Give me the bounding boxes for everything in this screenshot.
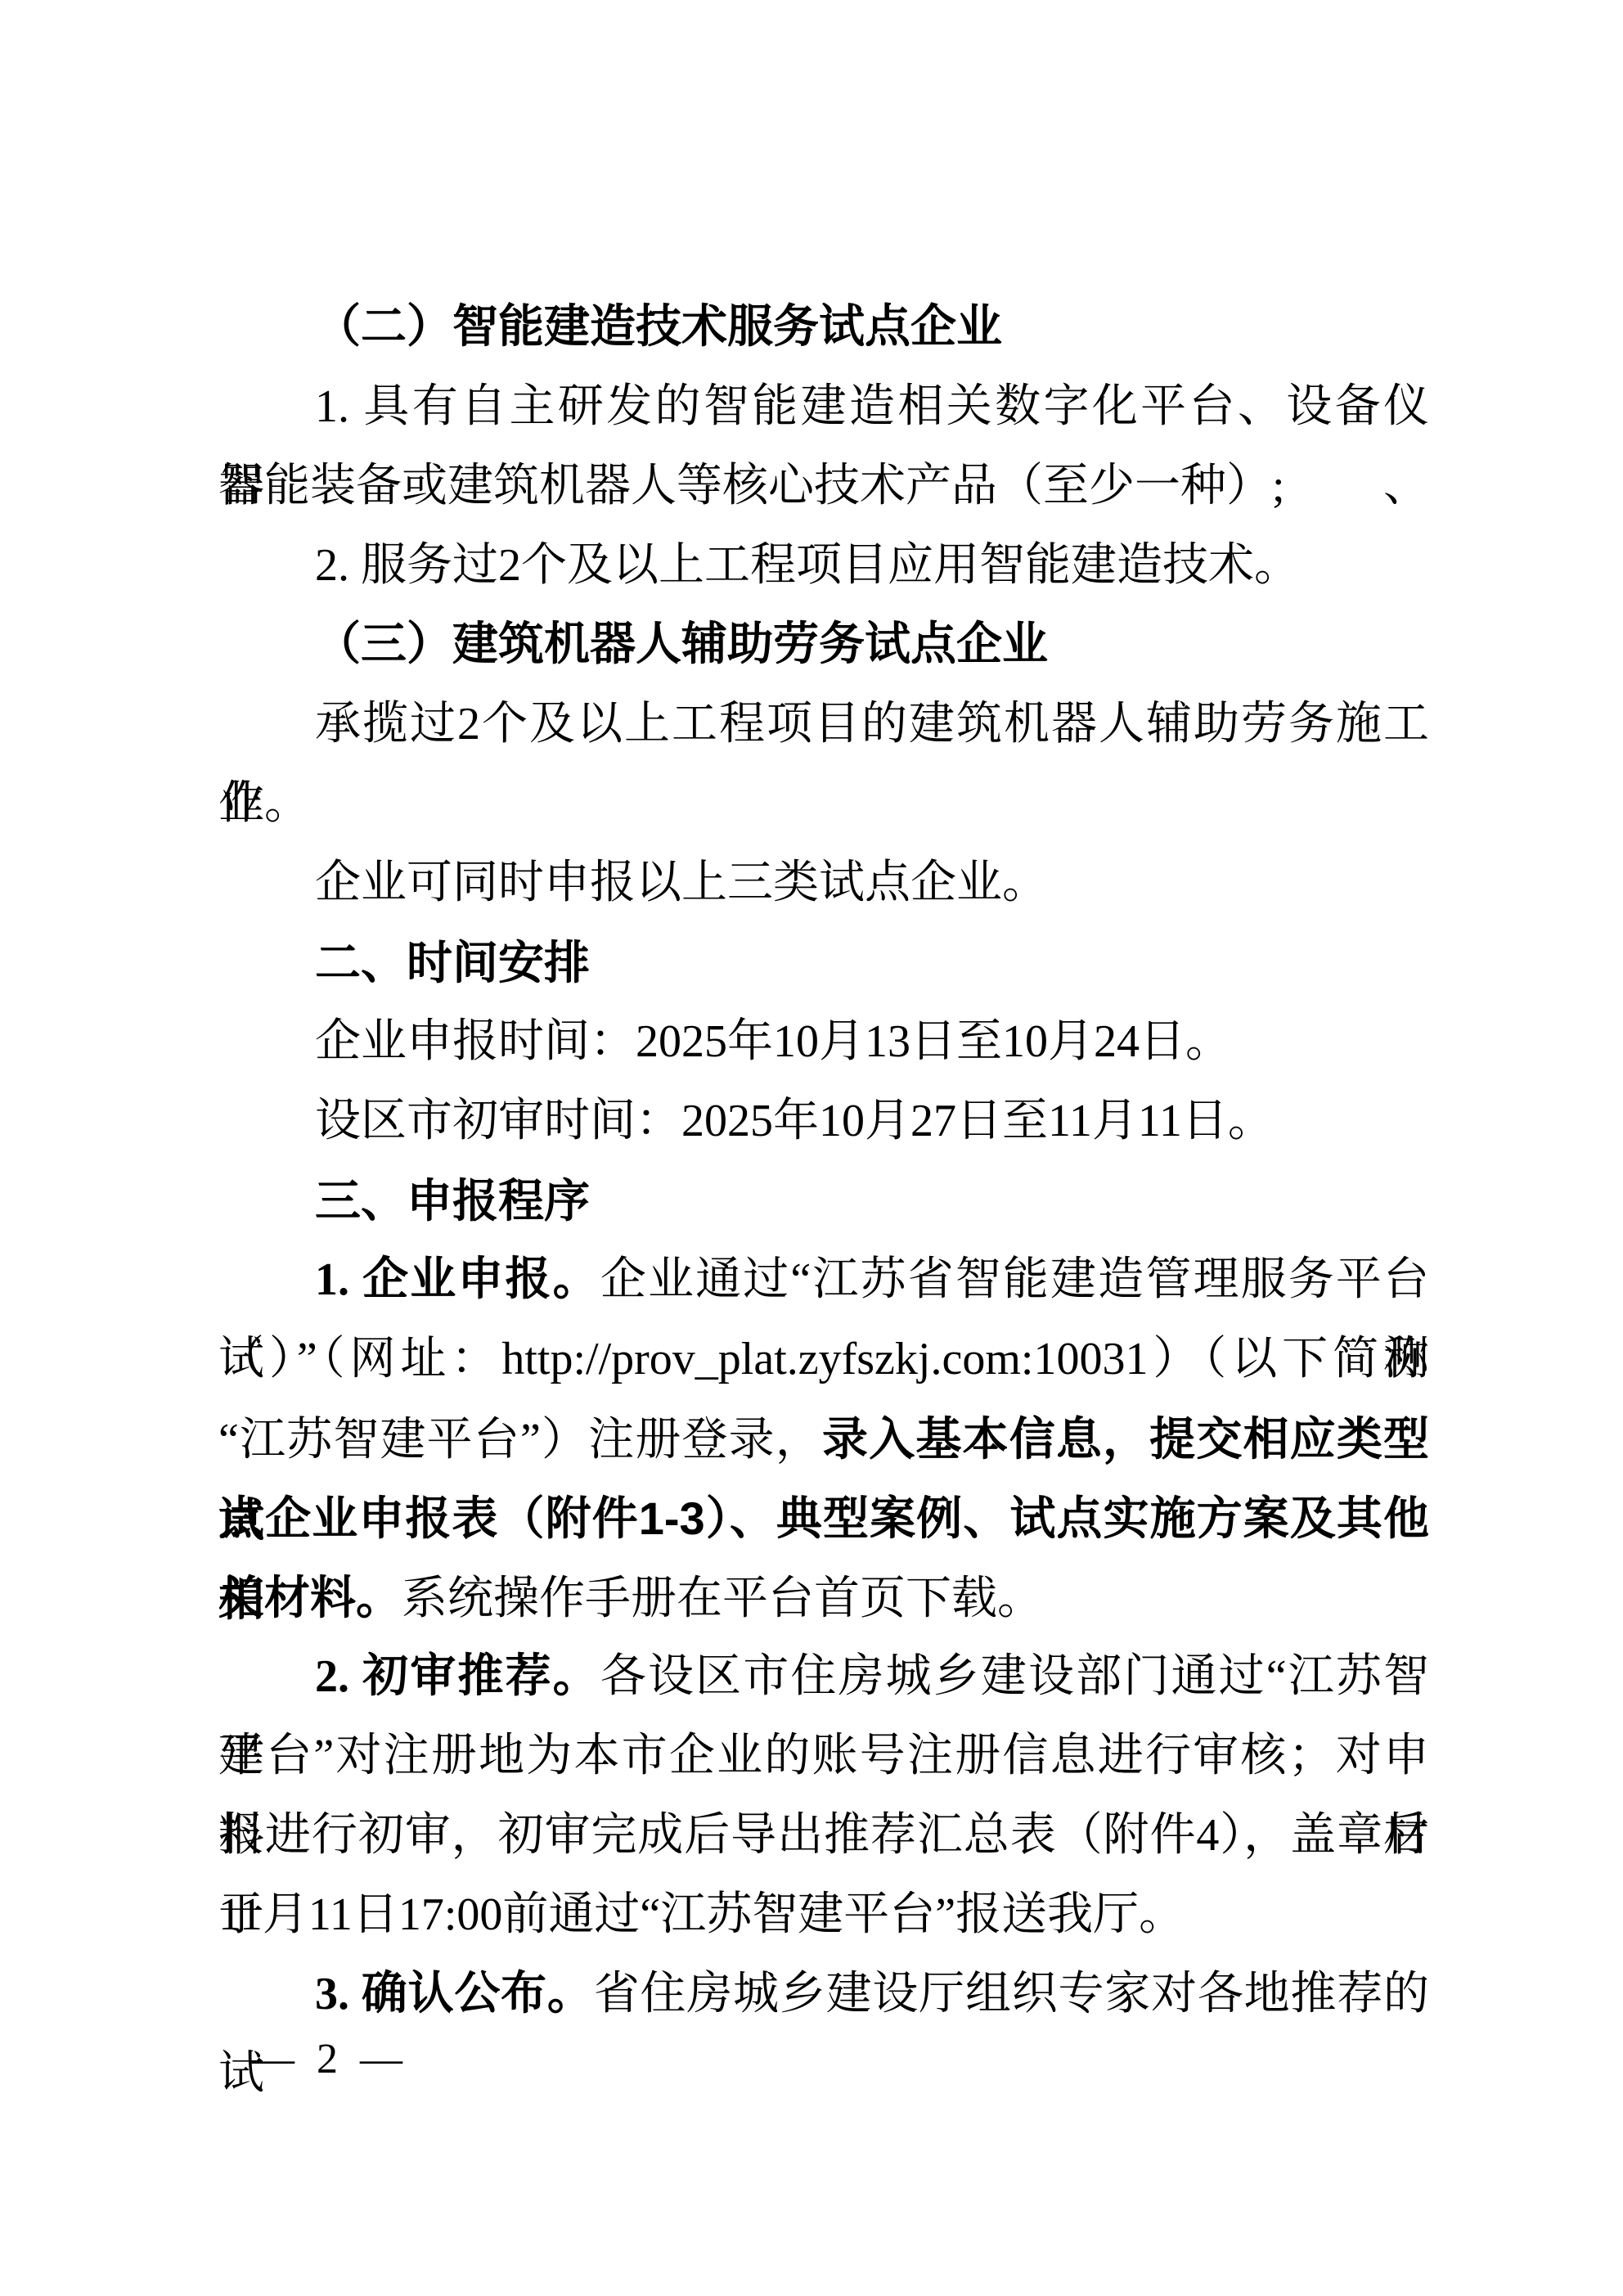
text-run: 3. 确认公布。 bbox=[315, 1969, 594, 2019]
text-line: 智能装备或建筑机器人等核心技术产品（至少一种）; bbox=[218, 447, 1429, 526]
text-line: 三、申报程序 bbox=[218, 1161, 1429, 1240]
text-run: 设区市初审时间：2025年10月27日至11月11日。 bbox=[315, 1096, 1274, 1146]
text-line: 平台”对注册地为本市企业的账号注册信息进行审核；对申报材 bbox=[218, 1717, 1429, 1796]
text-run: 企业可同时申报以上三类试点企业。 bbox=[315, 858, 1048, 908]
text-line: （二）智能建造技术服务试点企业 bbox=[218, 288, 1429, 367]
text-run: 2. 初审推荐。 bbox=[315, 1651, 600, 1702]
text-line: 关材料。系统操作手册在平台首页下载。 bbox=[218, 1558, 1429, 1637]
text-run: “江苏智建平台”）注册登录， bbox=[218, 1415, 822, 1465]
text-run: 智能装备或建筑机器人等核心技术产品（至少一种）; bbox=[218, 461, 1285, 511]
text-run: 关材料。 bbox=[218, 1572, 402, 1623]
text-line: 设区市初审时间：2025年10月27日至11月11日。 bbox=[218, 1082, 1429, 1161]
text-line: （三）建筑机器人辅助劳务试点企业 bbox=[218, 606, 1429, 685]
page-number: — 2 — bbox=[252, 2019, 402, 2099]
text-run: （二）智能建造技术服务试点企业 bbox=[315, 302, 1002, 353]
text-run: 业。 bbox=[218, 778, 310, 829]
text-line: “江苏智建平台”）注册登录，录入基本信息，提交相应类型试 bbox=[218, 1399, 1429, 1479]
text-line: 料进行初审，初审完成后导出推荐汇总表（附件4），盖章后于 bbox=[218, 1796, 1429, 1875]
text-run: （三）建筑机器人辅助劳务试点企业 bbox=[315, 619, 1048, 670]
text-line: 企业可同时申报以上三类试点企业。 bbox=[218, 844, 1429, 923]
text-line: 1. 具有自主研发的智能建造相关数字化平台、设备仪器、 bbox=[218, 367, 1429, 447]
text-line: 1. 企业申报。企业通过“江苏省智能建造管理服务平台（测 bbox=[218, 1240, 1429, 1320]
text-line: 2. 服务过2个及以上工程项目应用智能建造技术。 bbox=[218, 526, 1429, 606]
text-run: 二、时间安排 bbox=[315, 937, 590, 988]
text-line: 承揽过2个及以上工程项目的建筑机器人辅助劳务施工作 bbox=[218, 685, 1429, 764]
text-line: 2. 初审推荐。各设区市住房城乡建设部门通过“江苏智建 bbox=[218, 1637, 1429, 1717]
text-run: 2. 服务过2个及以上工程项目应用智能建造技术。 bbox=[315, 540, 1300, 591]
document-page: （二）智能建造技术服务试点企业1. 具有自主研发的智能建造相关数字化平台、设备仪… bbox=[0, 0, 1623, 2296]
text-run: 11月11日17:00前通过“江苏智建平台”报送我厅。 bbox=[218, 1889, 1185, 1940]
text-run: 企业申报时间：2025年10月13日至10月24日。 bbox=[315, 1016, 1231, 1067]
document-body: （二）智能建造技术服务试点企业1. 具有自主研发的智能建造相关数字化平台、设备仪… bbox=[218, 288, 1429, 2034]
text-line: 企业申报时间：2025年10月13日至10月24日。 bbox=[218, 1002, 1429, 1082]
text-line: 11月11日17:00前通过“江苏智建平台”报送我厅。 bbox=[218, 1875, 1429, 1955]
text-run: 试）”（网址：http://prov_plat.zyfszkj.com:1003… bbox=[218, 1334, 1429, 1384]
text-line: 业。 bbox=[218, 764, 1429, 844]
text-run: 三、申报程序 bbox=[315, 1175, 590, 1227]
text-line: 试）”（网址：http://prov_plat.zyfszkj.com:1003… bbox=[218, 1320, 1429, 1399]
text-run: 1. 企业申报。 bbox=[315, 1254, 600, 1305]
text-line: 二、时间安排 bbox=[218, 923, 1429, 1002]
text-line: 点企业申报表（附件1-3）、典型案例、试点实施方案及其他相 bbox=[218, 1479, 1429, 1558]
text-run: 系统操作手册在平台首页下载。 bbox=[402, 1573, 1043, 1624]
